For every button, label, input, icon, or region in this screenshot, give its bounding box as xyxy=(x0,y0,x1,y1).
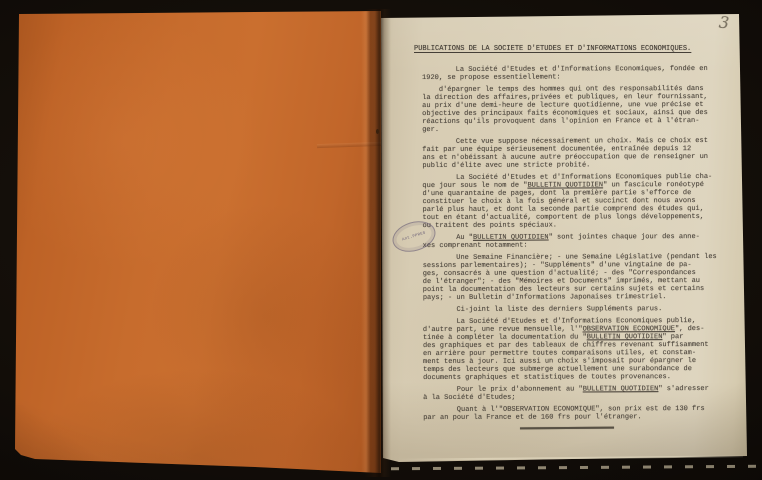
typewritten-line: pays; - un Bulletin d'Informations Japon… xyxy=(423,293,723,302)
stamp-text: Ant.PPRES xyxy=(402,231,426,242)
paragraph: Une Semaine Financière; - une Semaine Lé… xyxy=(423,253,723,302)
typewritten-line: Pour le prix d'abonnement au "BULLETIN Q… xyxy=(423,385,723,394)
paragraph: La Société d'Etudes et d'Informations Ec… xyxy=(423,317,723,382)
paragraph: La Société d'Etudes et d'Informations Ec… xyxy=(422,173,722,230)
text-segment: réactions qu'ils provoquent dans l'opini… xyxy=(422,117,699,126)
paragraph: Pour le prix d'abonnement au "BULLETIN Q… xyxy=(423,385,723,402)
typewritten-line: 1920, se propose essentiellement: xyxy=(422,73,722,82)
underlined-text: BULLETIN QUOTIDIEN xyxy=(583,385,659,393)
typewritten-line: xes comprenant notamment: xyxy=(423,241,723,250)
text-segment: 1920, se propose essentiellement: xyxy=(422,74,561,82)
text-segment: ou traitent des points spéciaux. xyxy=(423,222,557,230)
typewritten-body: La Société d'Etudes et d'Informations Ec… xyxy=(422,65,723,422)
text-segment: Ci-joint la liste des derniers Supplémen… xyxy=(423,305,662,314)
typewritten-line: public d'élite avec une stricte probité. xyxy=(422,161,722,170)
paragraph: Au "BULLETIN QUOTIDIEN" sont jointes cha… xyxy=(423,233,723,250)
text-segment: xes comprenant notamment: xyxy=(423,242,528,250)
text-segment: public d'élite avec une stricte probité. xyxy=(422,161,590,170)
paragraph: Cette vue suppose nécessairement un choi… xyxy=(422,137,722,170)
paragraph: La Société d'Etudes et d'Informations Ec… xyxy=(422,65,722,82)
text-segment: à la Société d'Etudes; xyxy=(423,394,515,402)
text-segment: " par xyxy=(662,333,683,341)
typewritten-line: La Société d'Etudes et d'Informations Ec… xyxy=(422,65,722,74)
typewritten-line: ou traitent des points spéciaux. xyxy=(423,221,723,230)
gutter-dark-speck xyxy=(376,129,379,134)
text-segment: pays; - un Bulletin d'Informations Japon… xyxy=(423,293,667,302)
text-segment: " sont jointes chaque jour des anne- xyxy=(549,233,700,242)
typewritten-line: à la Société d'Etudes; xyxy=(423,393,723,402)
typewritten-line: Ci-joint la liste des derniers Supplémen… xyxy=(423,305,723,314)
typewritten-line: Au "BULLETIN QUOTIDIEN" sont jointes cha… xyxy=(423,233,723,242)
handwritten-page-number: 3 xyxy=(718,13,730,33)
orange-folder-cover xyxy=(15,11,381,473)
paragraph: Quant à l'"OBSERVATION ECONOMIQUE", son … xyxy=(423,405,723,422)
cover-fold-crease xyxy=(361,11,375,473)
underlined-text: BULLETIN QUOTIDIEN xyxy=(527,181,603,189)
text-segment: " s'adresser xyxy=(658,385,708,393)
underlined-text: BULLETIN QUOTIDIEN xyxy=(473,234,549,242)
typewritten-line: par an pour la France et de 160 frs pour… xyxy=(423,413,723,422)
text-segment: ", des- xyxy=(675,325,704,333)
text-segment: par an pour la France et de 160 frs pour… xyxy=(423,413,641,422)
typewritten-line: tout en étant d'actualité, comportent de… xyxy=(423,213,723,222)
text-segment: Pour le prix d'abonnement au " xyxy=(423,385,583,394)
closing-rule xyxy=(520,427,614,429)
page-stack-edge xyxy=(391,465,762,471)
cover-corner-crease xyxy=(15,405,105,465)
text-segment: ger. xyxy=(422,126,439,134)
paragraph: Ci-joint la liste des derniers Supplémen… xyxy=(423,305,723,314)
typewritten-line: réactions qu'ils provoquent dans l'opini… xyxy=(422,117,722,126)
typewritten-line: documents graphiques et statistiques de … xyxy=(423,373,723,382)
paragraph: d'épargner le temps des hommes qui ont d… xyxy=(422,85,722,134)
text-segment: documents graphiques et statistiques de … xyxy=(423,373,671,382)
underlined-text: BULLETIN QUOTIDIEN xyxy=(587,333,663,341)
text-segment: tout en étant d'actualité, comportent de… xyxy=(423,213,704,222)
document-title: PUBLICATIONS DE LA SOCIETE D'ETUDES ET D… xyxy=(414,45,691,53)
text-segment: La Société d'Etudes et d'Informations Ec… xyxy=(422,65,708,74)
photo-backdrop: PUBLICATIONS DE LA SOCIETE D'ETUDES ET D… xyxy=(0,0,762,480)
typewritten-line: ger. xyxy=(422,125,722,134)
typewritten-page: PUBLICATIONS DE LA SOCIETE D'ETUDES ET D… xyxy=(381,13,747,463)
